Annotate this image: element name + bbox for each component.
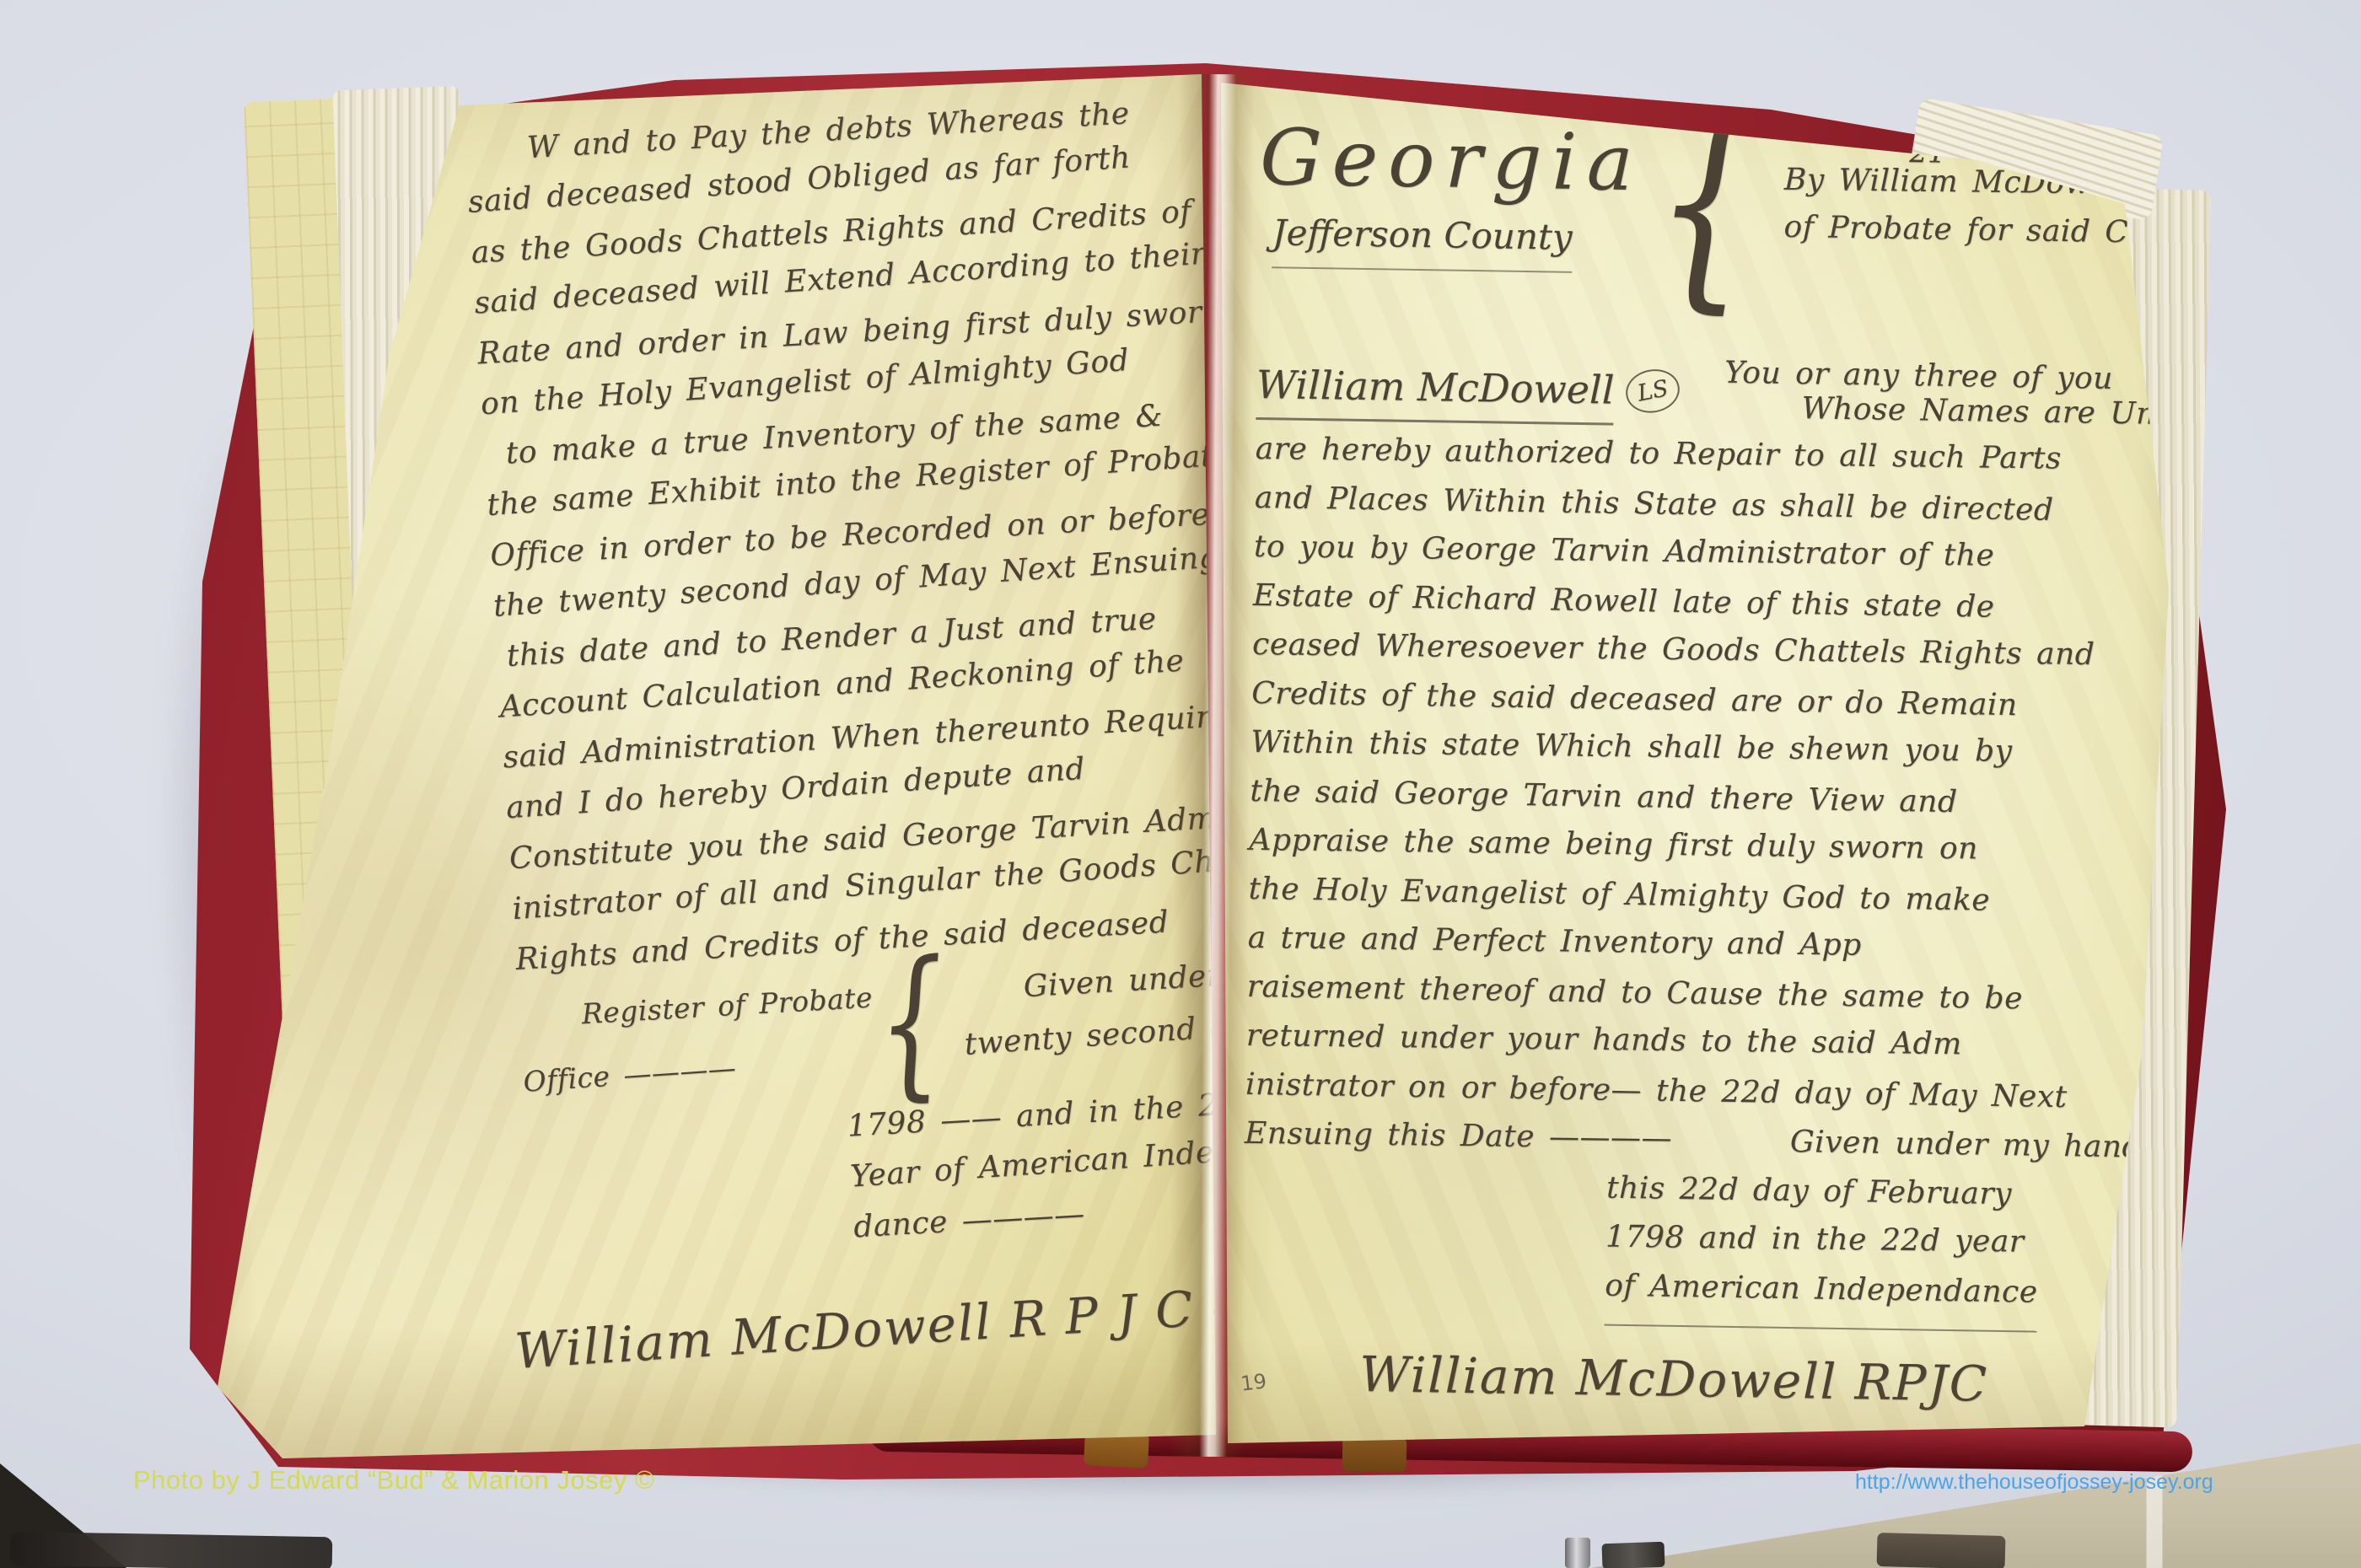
brace-mark: { [874,952,951,1095]
table-leg-chrome [1601,1542,1665,1568]
right-page: Georgia Jefferson County { By William Mc… [1214,72,2226,1463]
website-watermark: http://www.thehouseofjossey-josey.org [1855,1470,2213,1495]
table-leg-chrome [1565,1538,1590,1568]
right-page-text: Georgia Jefferson County { By William Mc… [1240,119,2146,1464]
photographer-watermark: Photo by J Edward “Bud” & Marion Josey © [133,1465,654,1496]
handwritten-line: of American Independance [1605,1269,2038,1333]
signature-row: 19 William McDowell RPJC [1240,1344,2127,1415]
heading-state: Georgia [1260,119,1644,202]
pencil-mark: 19 [1240,1369,1268,1396]
seal-mark: LS [1622,365,1684,417]
addressee-row: William McDowell LS You or any three of … [1256,362,2142,433]
register-office-label: Register of Probate Office ———— [519,980,879,1130]
handwritten-line: You or any three of you [1724,356,2113,396]
table-leg-left [10,1532,333,1568]
left-page-text: W and to Pay the debts Whereas the said … [464,87,1304,1447]
handwritten-line: Ensuing this Date ———— [1245,1116,1673,1170]
heading-state-county: Georgia Jefferson County [1258,119,1643,274]
addressee-name: William McDowell [1256,362,1614,426]
handwritten-line: Given under my hand [1789,1125,2142,1179]
handwritten-line: 1798 and in the 22d year [1605,1220,2129,1275]
leather-tab [1342,1436,1407,1472]
photo-scene: W and to Pay the debts Whereas the said … [0,0,2361,1568]
handwritten-line: this 22d day of February [1606,1171,2130,1228]
signature-right: William McDowell RPJC [1359,1345,1989,1413]
signature-left: William McDowell R P J C — [514,1274,1299,1380]
table-leg-right [1877,1533,2006,1568]
salutation-block: You or any three of you Whose Names are … [1724,356,2325,434]
heading-county: Jefferson County [1272,212,1573,273]
handwritten-line: Office ———— [522,1041,879,1129]
handwritten-line: Whose Names are Underwritten [1801,391,2324,434]
